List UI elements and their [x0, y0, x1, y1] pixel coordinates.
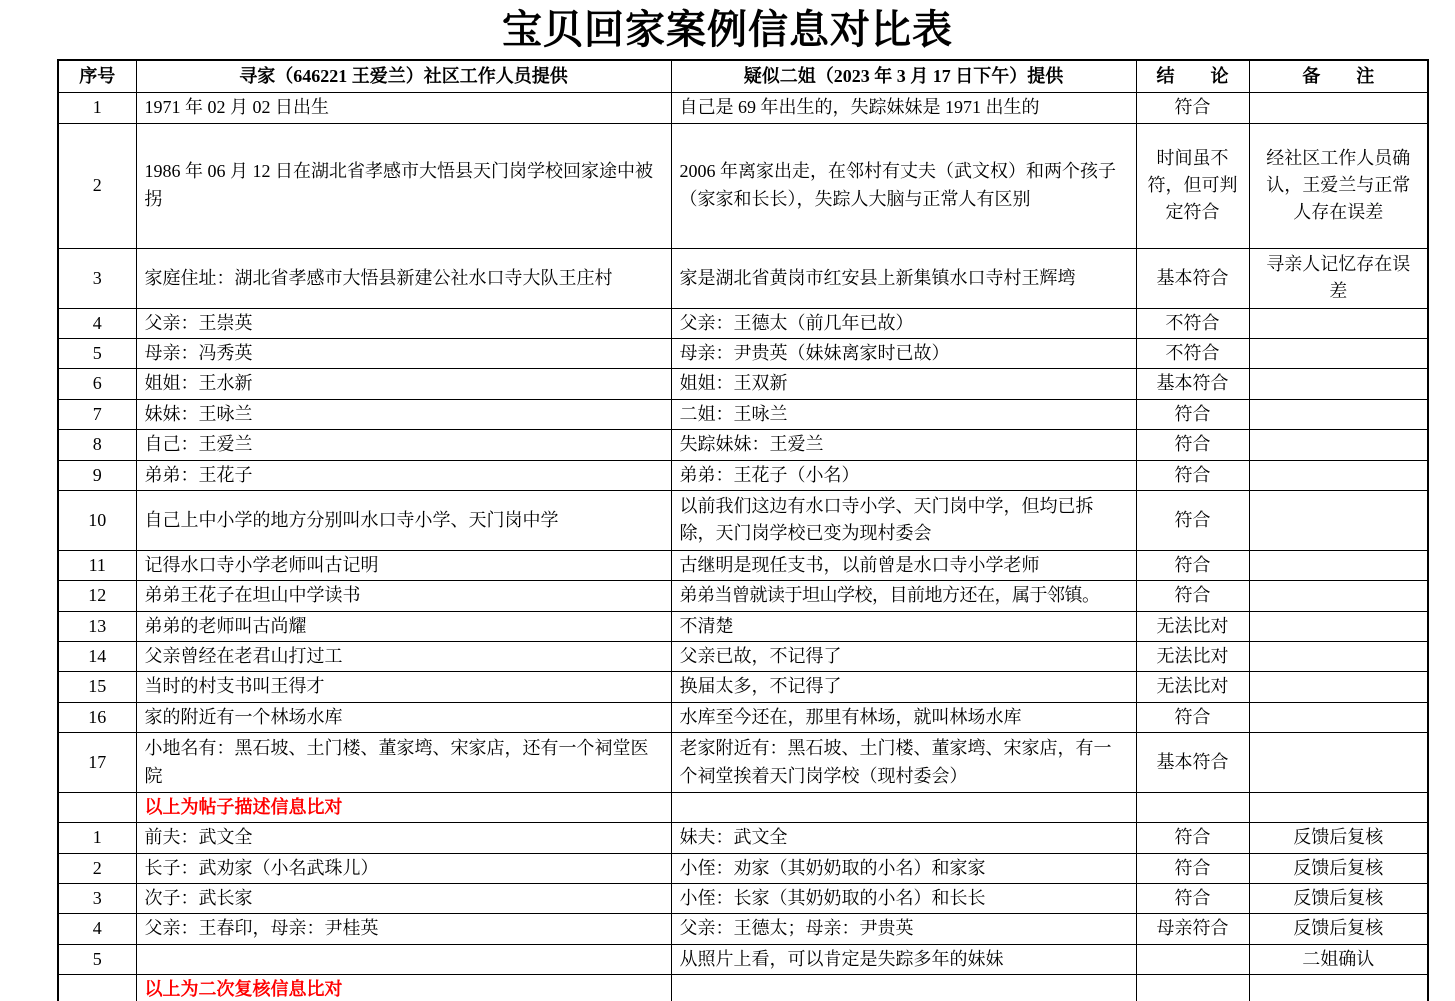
- row-number-cell: 3: [58, 248, 136, 308]
- row-number-cell: 5: [58, 944, 136, 974]
- conclusion-cell: 符合: [1136, 399, 1249, 429]
- seek-family-info-cell: 弟弟的老师叫古尚耀: [136, 611, 671, 641]
- table-row: 21986 年 06 月 12 日在湖北省孝感市大悟县天门岗学校回家途中被拐20…: [58, 123, 1428, 248]
- header-suspect-sister: 疑似二姐（2023 年 3 月 17 日下午）提供: [671, 60, 1136, 93]
- conclusion-cell: 符合: [1136, 550, 1249, 580]
- seek-family-info-cell: 当时的村支书叫王得才: [136, 672, 671, 702]
- table-row: 13弟弟的老师叫古尚耀不清楚无法比对: [58, 611, 1428, 641]
- row-number-cell: 8: [58, 430, 136, 460]
- remark-cell: 经社区工作人员确认，王爱兰与正常人存在误差: [1249, 123, 1428, 248]
- row-number-cell: 14: [58, 641, 136, 671]
- seek-family-info-cell: 姐姐：王水新: [136, 369, 671, 399]
- row-number-cell: 15: [58, 672, 136, 702]
- suspect-info-cell: 老家附近有：黑石坡、土门楼、董家塆、宋家店，有一个祠堂挨着天门岗学校（现村委会）: [671, 733, 1136, 793]
- row-number-cell: 11: [58, 550, 136, 580]
- suspect-info-cell: 弟弟：王花子（小名）: [671, 460, 1136, 490]
- seek-family-info-cell: 父亲曾经在老君山打过工: [136, 641, 671, 671]
- table-body: 11971 年 02 月 02 日出生自己是 69 年出生的，失踪妹妹是 197…: [58, 93, 1428, 1001]
- row-number-cell: 5: [58, 339, 136, 369]
- seek-family-info-cell: 父亲：王崇英: [136, 308, 671, 338]
- conclusion-cell: 基本符合: [1136, 733, 1249, 793]
- table-row: 1前夫：武文全妹夫：武文全符合反馈后复核: [58, 823, 1428, 853]
- row-number-cell: [58, 975, 136, 1001]
- row-number-cell: 4: [58, 914, 136, 944]
- suspect-info-cell: 以前我们这边有水口寺小学、天门岗中学，但均已拆除，天门岗学校已变为现村委会: [671, 490, 1136, 550]
- table-row: 16家的附近有一个林场水库水库至今还在，那里有林场，就叫林场水库符合: [58, 702, 1428, 732]
- row-number-cell: 1: [58, 823, 136, 853]
- table-row: 3次子：武长家小侄：长家（其奶奶取的小名）和长长符合反馈后复核: [58, 884, 1428, 914]
- suspect-info-cell: 失踪妹妹：王爱兰: [671, 430, 1136, 460]
- remark-cell: [1249, 490, 1428, 550]
- remark-cell: 二姐确认: [1249, 944, 1428, 974]
- conclusion-cell: 不符合: [1136, 339, 1249, 369]
- suspect-info-cell: 自己是 69 年出生的，失踪妹妹是 1971 出生的: [671, 93, 1136, 123]
- suspect-info-cell: 父亲：王德太；母亲：尹贵英: [671, 914, 1136, 944]
- table-row: 10自己上中小学的地方分别叫水口寺小学、天门岗中学以前我们这边有水口寺小学、天门…: [58, 490, 1428, 550]
- suspect-info-cell: 古继明是现任支书，以前曾是水口寺小学老师: [671, 550, 1136, 580]
- document-page: 宝贝回家案例信息对比表 序号 寻家（646221 王爱兰）社区工作人员提供 疑似…: [0, 6, 1455, 1001]
- remark-cell: [1249, 793, 1428, 823]
- header-remark: 备 注: [1249, 60, 1428, 93]
- seek-family-info-cell: 家庭住址：湖北省孝感市大悟县新建公社水口寺大队王庄村: [136, 248, 671, 308]
- seek-family-info-cell: 次子：武长家: [136, 884, 671, 914]
- seek-family-info-cell: 记得水口寺小学老师叫古记明: [136, 550, 671, 580]
- suspect-info-cell: 水库至今还在，那里有林场，就叫林场水库: [671, 702, 1136, 732]
- remark-cell: [1249, 93, 1428, 123]
- header-seek-family: 寻家（646221 王爱兰）社区工作人员提供: [136, 60, 671, 93]
- conclusion-cell: 时间虽不符，但可判定符合: [1136, 123, 1249, 248]
- remark-cell: [1249, 369, 1428, 399]
- seek-family-info-cell: 妹妹：王咏兰: [136, 399, 671, 429]
- seek-family-info-cell: 1986 年 06 月 12 日在湖北省孝感市大悟县天门岗学校回家途中被拐: [136, 123, 671, 248]
- row-number-cell: 9: [58, 460, 136, 490]
- section-label: 以上为帖子描述信息比对: [136, 793, 671, 823]
- conclusion-cell: 无法比对: [1136, 611, 1249, 641]
- table-row: 12弟弟王花子在坦山中学读书弟弟当曾就读于坦山学校，目前地方还在，属于邻镇。符合: [58, 581, 1428, 611]
- table-row: 2长子：武劝家（小名武珠儿）小侄：劝家（其奶奶取的小名）和家家符合反馈后复核: [58, 853, 1428, 883]
- section-label: 以上为二次复核信息比对: [136, 975, 671, 1001]
- row-number-cell: [58, 793, 136, 823]
- suspect-info-cell: 家是湖北省黄岗市红安县上新集镇水口寺村王辉塆: [671, 248, 1136, 308]
- conclusion-cell: [1136, 793, 1249, 823]
- remark-cell: [1249, 339, 1428, 369]
- row-number-cell: 1: [58, 93, 136, 123]
- remark-cell: [1249, 581, 1428, 611]
- header-conclusion: 结 论: [1136, 60, 1249, 93]
- conclusion-cell: 无法比对: [1136, 672, 1249, 702]
- remark-cell: [1249, 733, 1428, 793]
- remark-cell: [1249, 550, 1428, 580]
- conclusion-cell: 符合: [1136, 460, 1249, 490]
- remark-cell: [1249, 430, 1428, 460]
- table-row: 11971 年 02 月 02 日出生自己是 69 年出生的，失踪妹妹是 197…: [58, 93, 1428, 123]
- conclusion-cell: 母亲符合: [1136, 914, 1249, 944]
- conclusion-cell: 不符合: [1136, 308, 1249, 338]
- remark-cell: [1249, 308, 1428, 338]
- remark-cell: 反馈后复核: [1249, 914, 1428, 944]
- seek-family-info-cell: 1971 年 02 月 02 日出生: [136, 93, 671, 123]
- suspect-info-cell: 弟弟当曾就读于坦山学校，目前地方还在，属于邻镇。: [671, 581, 1136, 611]
- row-number-cell: 2: [58, 123, 136, 248]
- table-row: 3家庭住址：湖北省孝感市大悟县新建公社水口寺大队王庄村家是湖北省黄岗市红安县上新…: [58, 248, 1428, 308]
- table-row: 7妹妹：王咏兰二姐：王咏兰符合: [58, 399, 1428, 429]
- seek-family-info-cell: 长子：武劝家（小名武珠儿）: [136, 853, 671, 883]
- seek-family-info-cell: 家的附近有一个林场水库: [136, 702, 671, 732]
- table-row: 8自己：王爱兰失踪妹妹：王爱兰符合: [58, 430, 1428, 460]
- suspect-info-cell: 不清楚: [671, 611, 1136, 641]
- row-number-cell: 7: [58, 399, 136, 429]
- seek-family-info-cell: [136, 944, 671, 974]
- suspect-info-cell: 从照片上看，可以肯定是失踪多年的妹妹: [671, 944, 1136, 974]
- row-number-cell: 3: [58, 884, 136, 914]
- seek-family-info-cell: 父亲：王春印，母亲：尹桂英: [136, 914, 671, 944]
- suspect-info-cell: 妹夫：武文全: [671, 823, 1136, 853]
- conclusion-cell: 符合: [1136, 884, 1249, 914]
- suspect-info-cell: 父亲已故，不记得了: [671, 641, 1136, 671]
- page-title: 宝贝回家案例信息对比表: [0, 6, 1455, 54]
- table-row: 5从照片上看，可以肯定是失踪多年的妹妹二姐确认: [58, 944, 1428, 974]
- conclusion-cell: [1136, 975, 1249, 1001]
- remark-cell: [1249, 611, 1428, 641]
- remark-cell: [1249, 641, 1428, 671]
- row-number-cell: 6: [58, 369, 136, 399]
- suspect-info-cell: 二姐：王咏兰: [671, 399, 1136, 429]
- conclusion-cell: 基本符合: [1136, 369, 1249, 399]
- table-row: 5母亲：冯秀英母亲：尹贵英（妹妹离家时已故）不符合: [58, 339, 1428, 369]
- row-number-cell: 12: [58, 581, 136, 611]
- remark-cell: [1249, 975, 1428, 1001]
- table-row: 11记得水口寺小学老师叫古记明古继明是现任支书，以前曾是水口寺小学老师符合: [58, 550, 1428, 580]
- conclusion-cell: 符合: [1136, 823, 1249, 853]
- table-row: 6姐姐：王水新姐姐：王双新基本符合: [58, 369, 1428, 399]
- row-number-cell: 16: [58, 702, 136, 732]
- row-number-cell: 2: [58, 853, 136, 883]
- conclusion-cell: 符合: [1136, 430, 1249, 460]
- suspect-info-cell: [671, 975, 1136, 1001]
- table-header-row: 序号 寻家（646221 王爱兰）社区工作人员提供 疑似二姐（2023 年 3 …: [58, 60, 1428, 93]
- section-divider-row: 以上为帖子描述信息比对: [58, 793, 1428, 823]
- remark-cell: 寻亲人记忆存在误差: [1249, 248, 1428, 308]
- seek-family-info-cell: 弟弟王花子在坦山中学读书: [136, 581, 671, 611]
- conclusion-cell: 符合: [1136, 93, 1249, 123]
- table-row: 14父亲曾经在老君山打过工父亲已故，不记得了无法比对: [58, 641, 1428, 671]
- conclusion-cell: 基本符合: [1136, 248, 1249, 308]
- seek-family-info-cell: 前夫：武文全: [136, 823, 671, 853]
- row-number-cell: 17: [58, 733, 136, 793]
- seek-family-info-cell: 自己：王爱兰: [136, 430, 671, 460]
- suspect-info-cell: 小侄：长家（其奶奶取的小名）和长长: [671, 884, 1136, 914]
- remark-cell: [1249, 672, 1428, 702]
- conclusion-cell: 符合: [1136, 853, 1249, 883]
- remark-cell: 反馈后复核: [1249, 823, 1428, 853]
- seek-family-info-cell: 自己上中小学的地方分别叫水口寺小学、天门岗中学: [136, 490, 671, 550]
- remark-cell: [1249, 702, 1428, 732]
- table-row: 15当时的村支书叫王得才换届太多，不记得了无法比对: [58, 672, 1428, 702]
- suspect-info-cell: 换届太多，不记得了: [671, 672, 1136, 702]
- table-row: 9弟弟：王花子弟弟：王花子（小名）符合: [58, 460, 1428, 490]
- conclusion-cell: 符合: [1136, 702, 1249, 732]
- suspect-info-cell: 小侄：劝家（其奶奶取的小名）和家家: [671, 853, 1136, 883]
- remark-cell: 反馈后复核: [1249, 853, 1428, 883]
- table-row: 17小地名有：黑石坡、土门楼、董家塆、宋家店，还有一个祠堂医院老家附近有：黑石坡…: [58, 733, 1428, 793]
- row-number-cell: 4: [58, 308, 136, 338]
- conclusion-cell: 符合: [1136, 581, 1249, 611]
- remark-cell: [1249, 399, 1428, 429]
- table-row: 4父亲：王春印，母亲：尹桂英父亲：王德太；母亲：尹贵英母亲符合反馈后复核: [58, 914, 1428, 944]
- row-number-cell: 10: [58, 490, 136, 550]
- comparison-table: 序号 寻家（646221 王爱兰）社区工作人员提供 疑似二姐（2023 年 3 …: [57, 59, 1429, 1001]
- suspect-info-cell: 母亲：尹贵英（妹妹离家时已故）: [671, 339, 1136, 369]
- remark-cell: 反馈后复核: [1249, 884, 1428, 914]
- conclusion-cell: 无法比对: [1136, 641, 1249, 671]
- conclusion-cell: [1136, 944, 1249, 974]
- seek-family-info-cell: 母亲：冯秀英: [136, 339, 671, 369]
- table-row: 4父亲：王崇英父亲：王德太（前几年已故）不符合: [58, 308, 1428, 338]
- suspect-info-cell: 父亲：王德太（前几年已故）: [671, 308, 1136, 338]
- row-number-cell: 13: [58, 611, 136, 641]
- suspect-info-cell: 2006 年离家出走，在邻村有丈夫（武文权）和两个孩子（家家和长长），失踪人大脑…: [671, 123, 1136, 248]
- suspect-info-cell: 姐姐：王双新: [671, 369, 1136, 399]
- suspect-info-cell: [671, 793, 1136, 823]
- remark-cell: [1249, 460, 1428, 490]
- seek-family-info-cell: 小地名有：黑石坡、土门楼、董家塆、宋家店，还有一个祠堂医院: [136, 733, 671, 793]
- section-divider-row: 以上为二次复核信息比对: [58, 975, 1428, 1001]
- seek-family-info-cell: 弟弟：王花子: [136, 460, 671, 490]
- header-seq: 序号: [58, 60, 136, 93]
- conclusion-cell: 符合: [1136, 490, 1249, 550]
